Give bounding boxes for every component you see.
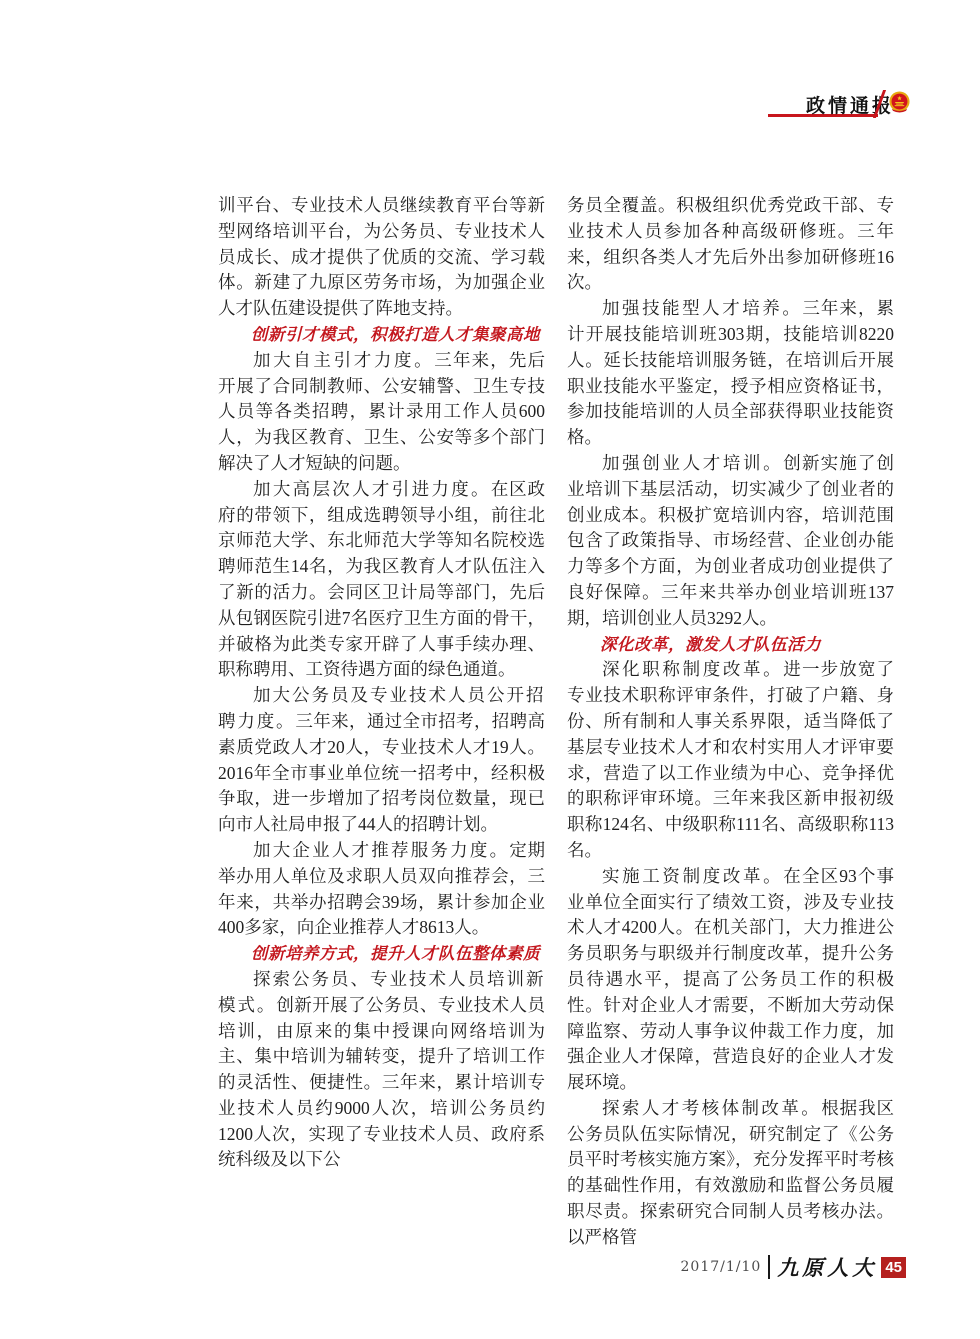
section-heading: 创新引才模式，积极打造人才集聚高地 xyxy=(218,322,545,348)
page-number-badge: 45 xyxy=(881,1257,906,1278)
paragraph-lead: 实施工资制度改革。 xyxy=(602,866,783,886)
footer-divider xyxy=(768,1255,770,1279)
body-paragraph: 加大企业人才推荐服务力度。定期举办用人单位及求职人员双向推荐会，三年来，共举办招… xyxy=(218,838,545,941)
paragraph-lead: 加大高层次人才引进力度。 xyxy=(253,479,491,499)
paragraph-lead: 深化职称制度改革。 xyxy=(602,659,783,679)
body-paragraph: 加大高层次人才引进力度。在区政府的带领下，组成选聘领导小组，前往北京师范大学、东… xyxy=(218,477,545,683)
article-body: 训平台、专业技术人员继续教育平台等新型网络培训平台，为公务员、专业技术人员成长、… xyxy=(218,193,894,1251)
page-footer: 2017/1/10 九原人大 45 xyxy=(681,1252,906,1282)
body-paragraph: 训平台、专业技术人员继续教育平台等新型网络培训平台，为公务员、专业技术人员成长、… xyxy=(218,193,545,322)
section-heading: 创新培养方式，提升人才队伍整体素质 xyxy=(218,941,545,967)
publication-name: 九原人大 xyxy=(777,1252,877,1282)
right-column: 务员全覆盖。积极组织优秀党政干部、专业技术人员参加各种高级研修班。三年来，组织各… xyxy=(567,193,894,1251)
body-paragraph: 务员全覆盖。积极组织优秀党政干部、专业技术人员参加各种高级研修班。三年来，组织各… xyxy=(567,193,894,296)
body-paragraph: 加强创业人才培训。创新实施了创业培训下基层活动，切实减少了创业者的创业成本。积极… xyxy=(567,451,894,632)
body-paragraph: 探索人才考核体制改革。根据我区公务员队伍实际情况，研究制定了《公务员平时考核实施… xyxy=(567,1096,894,1251)
paragraph-lead: 探索人才考核体制改革。 xyxy=(602,1098,821,1118)
paragraph-lead: 加强技能型人才培养。 xyxy=(602,298,802,318)
paragraph-lead: 加大公务员及专业技术人员公开招聘力度。 xyxy=(218,685,545,731)
body-paragraph: 深化职称制度改革。进一步放宽了专业技术职称评审条件，打破了户籍、身份、所有制和人… xyxy=(567,657,894,863)
page-header: 政情通报 xyxy=(768,90,913,122)
paragraph-lead: 探索公务员、专业技术人员培训新模式。 xyxy=(218,969,545,1015)
magazine-page: { "header": { "title": "政情通报", "emblem_i… xyxy=(0,0,980,1339)
china-national-emblem-icon xyxy=(888,91,911,114)
body-paragraph: 加大公务员及专业技术人员公开招聘力度。三年来，通过全市招考，招聘高素质党政人才2… xyxy=(218,683,545,838)
section-heading: 深化改革，激发人才队伍活力 xyxy=(567,632,894,658)
paragraph-lead: 加大企业人才推荐服务力度。 xyxy=(253,840,509,860)
paragraph-lead: 加大自主引才力度。 xyxy=(253,350,434,370)
body-paragraph: 加强技能型人才培养。三年来，累计开展技能培训班303期，技能培训8220人。延长… xyxy=(567,296,894,451)
body-paragraph: 加大自主引才力度。三年来，先后开展了合同制教师、公安辅警、卫生专技人员等各类招聘… xyxy=(218,348,545,477)
paragraph-lead: 加强创业人才培训。 xyxy=(602,453,783,473)
footer-date: 2017/1/10 xyxy=(681,1259,762,1275)
body-paragraph: 探索公务员、专业技术人员培训新模式。创新开展了公务员、专业技术人员培训，由原来的… xyxy=(218,967,545,1173)
body-paragraph: 实施工资制度改革。在全区93个事业单位全面实行了绩效工资，涉及专业技术人才420… xyxy=(567,864,894,1096)
left-column: 训平台、专业技术人员继续教育平台等新型网络培训平台，为公务员、专业技术人员成长、… xyxy=(218,193,545,1251)
